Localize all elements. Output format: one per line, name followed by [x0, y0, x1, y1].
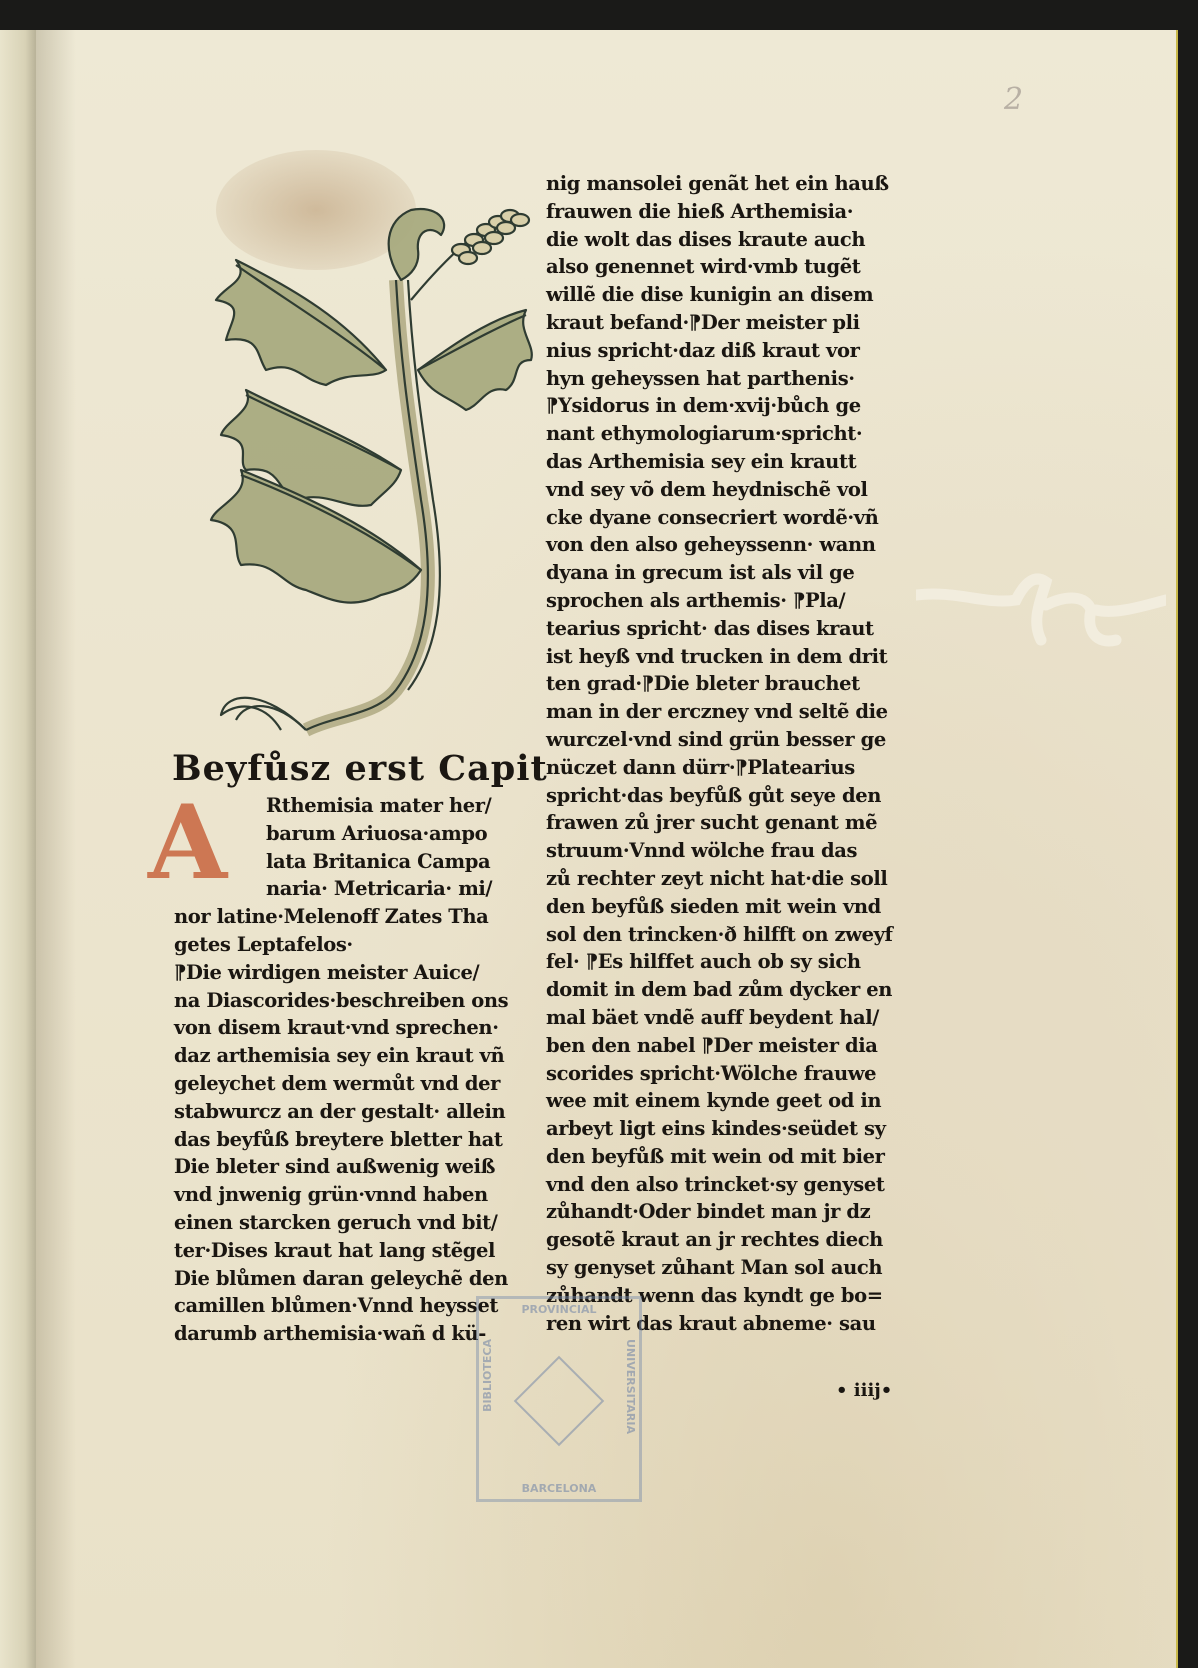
- text-line: Die bleter sind außwenig weiß: [174, 1153, 508, 1181]
- text-line: sy genyset zůhant Man sol auch: [546, 1254, 893, 1282]
- mugwort-woodcut-illustration: [186, 170, 556, 750]
- text-line: vnd sey võ dem heydnischẽ vol: [546, 476, 893, 504]
- text-line: fel· ⁋Es hilffet auch ob sy sich: [546, 948, 893, 976]
- book-page: 2: [36, 30, 1178, 1668]
- text-line: nant ethymologiarum·spricht·: [546, 420, 893, 448]
- text-line: barum Ariuosa·ampo: [174, 820, 508, 848]
- text-line: wurczel·vnd sind grün besser ge: [546, 726, 893, 754]
- text-line: Die blůmen daran geleychẽ den: [174, 1265, 508, 1293]
- text-line: spricht·das beyfůß gůt seye den: [546, 782, 893, 810]
- text-line: also genennet wird·vmb tugẽt: [546, 253, 893, 281]
- text-line: ten grad·⁋Die bleter brauchet: [546, 670, 893, 698]
- text-line: willẽ die dise kunigin an disem: [546, 281, 893, 309]
- text-line: von den also geheyssenn· wann: [546, 531, 893, 559]
- text-line: frauwen die hieß Arthemisia·: [546, 198, 893, 226]
- folio-number: 2: [1004, 82, 1023, 117]
- stamp-bottom-text: BARCELONA: [479, 1482, 639, 1495]
- text-line: getes Leptafelos·: [174, 931, 508, 959]
- text-line: zůhandt·Oder bindet man jr dz: [546, 1198, 893, 1226]
- text-line: die wolt das dises kraute auch: [546, 226, 893, 254]
- chapter-heading: Beyfůsz erst Capit: [172, 748, 552, 789]
- text-line: kraut befand·⁋Der meister pli: [546, 309, 893, 337]
- text-line: zů rechter zeyt nicht hat·die soll: [546, 865, 893, 893]
- text-line: vnd den also trincket·sy genyset: [546, 1171, 893, 1199]
- text-line: cke dyane consecriert wordẽ·vñ: [546, 504, 893, 532]
- left-text-column: Rthemisia mater her/ barum Ariuosa·ampo …: [174, 792, 508, 1348]
- text-line: ⁋Ysidorus in dem·xvij·bůch ge: [546, 392, 893, 420]
- text-line: das beyfůß breytere bletter hat: [174, 1126, 508, 1154]
- text-line: lata Britanica Campa: [174, 848, 508, 876]
- text-line: gesotẽ kraut an jr rechtes diech: [546, 1226, 893, 1254]
- text-line: tearius spricht· das dises kraut: [546, 615, 893, 643]
- text-line: dyana in grecum ist als vil ge: [546, 559, 893, 587]
- text-line: camillen blůmen·Vnnd heysset: [174, 1292, 508, 1320]
- gutter-shadow: [36, 30, 76, 1668]
- text-line: stabwurcz an der gestalt· allein: [174, 1098, 508, 1126]
- text-line: domit in dem bad zům dycker en: [546, 976, 893, 1004]
- stamp-left-text: BIBLIOTECA: [481, 1339, 494, 1412]
- text-line: vnd jnwenig grün·vnnd haben: [174, 1181, 508, 1209]
- text-line: ⁋Die wirdigen meister Auice/: [174, 959, 508, 987]
- text-line: daz arthemisia sey ein kraut vñ: [174, 1042, 508, 1070]
- text-line: na Diascorides·beschreiben ons: [174, 987, 508, 1015]
- text-line: ben den nabel ⁋Der meister dia: [546, 1032, 893, 1060]
- stamp-coat-of-arms-icon: [514, 1356, 605, 1447]
- text-line: wee mit einem kynde geet od in: [546, 1087, 893, 1115]
- text-line: nüczet dann dürr·⁋Platearius: [546, 754, 893, 782]
- text-line: den beyfůß mit wein od mit bier: [546, 1143, 893, 1171]
- text-line: arbeyt ligt eins kindes·seüdet sy: [546, 1115, 893, 1143]
- text-line: naria· Metricaria· mi/: [174, 875, 508, 903]
- text-line: sol den trincken·ð hilfft on zweyf: [546, 921, 893, 949]
- text-line: von disem kraut·vnd sprechen·: [174, 1014, 508, 1042]
- text-line: mal bäet vndẽ auff beydent hal/: [546, 1004, 893, 1032]
- text-line: nor latine·Melenoff Zates Tha: [174, 903, 508, 931]
- text-line: ist heyß vnd trucken in dem drit: [546, 643, 893, 671]
- water-stain-mark: [916, 570, 1166, 680]
- text-line: ter·Dises kraut hat lang stẽgel: [174, 1237, 508, 1265]
- text-line: frawen zů jrer sucht genant mẽ: [546, 809, 893, 837]
- text-line: einen starcken geruch vnd bit/: [174, 1209, 508, 1237]
- text-line: nius spricht·daz diß kraut vor: [546, 337, 893, 365]
- signature-mark: • iiij•: [836, 1380, 892, 1401]
- text-line: struum·Vnnd wölche frau das: [546, 837, 893, 865]
- text-line: sprochen als arthemis· ⁋Pla/: [546, 587, 893, 615]
- text-line: das Arthemisia sey ein krautt: [546, 448, 893, 476]
- right-text-column: nig mansolei genãt het ein hauß frauwen …: [546, 170, 893, 1337]
- stamp-top-text: PROVINCIAL: [479, 1303, 639, 1316]
- text-line: man in der erczney vnd seltẽ die: [546, 698, 893, 726]
- text-line: geleychet dem wermůt vnd der: [174, 1070, 508, 1098]
- text-line: hyn geheyssen hat parthenis·: [546, 365, 893, 393]
- stamp-right-text: UNIVERSITARIA: [624, 1339, 637, 1434]
- text-line: Rthemisia mater her/: [174, 792, 508, 820]
- previous-page-edge: [0, 30, 37, 1668]
- library-ownership-stamp: PROVINCIAL BIBLIOTECA UNIVERSITARIA BARC…: [476, 1296, 642, 1502]
- text-line: nig mansolei genãt het ein hauß: [546, 170, 893, 198]
- text-line: scorides spricht·Wölche frauwe: [546, 1060, 893, 1088]
- text-line: darumb arthemisia·wañ d kü-: [174, 1320, 508, 1348]
- text-line: den beyfůß sieden mit wein vnd: [546, 893, 893, 921]
